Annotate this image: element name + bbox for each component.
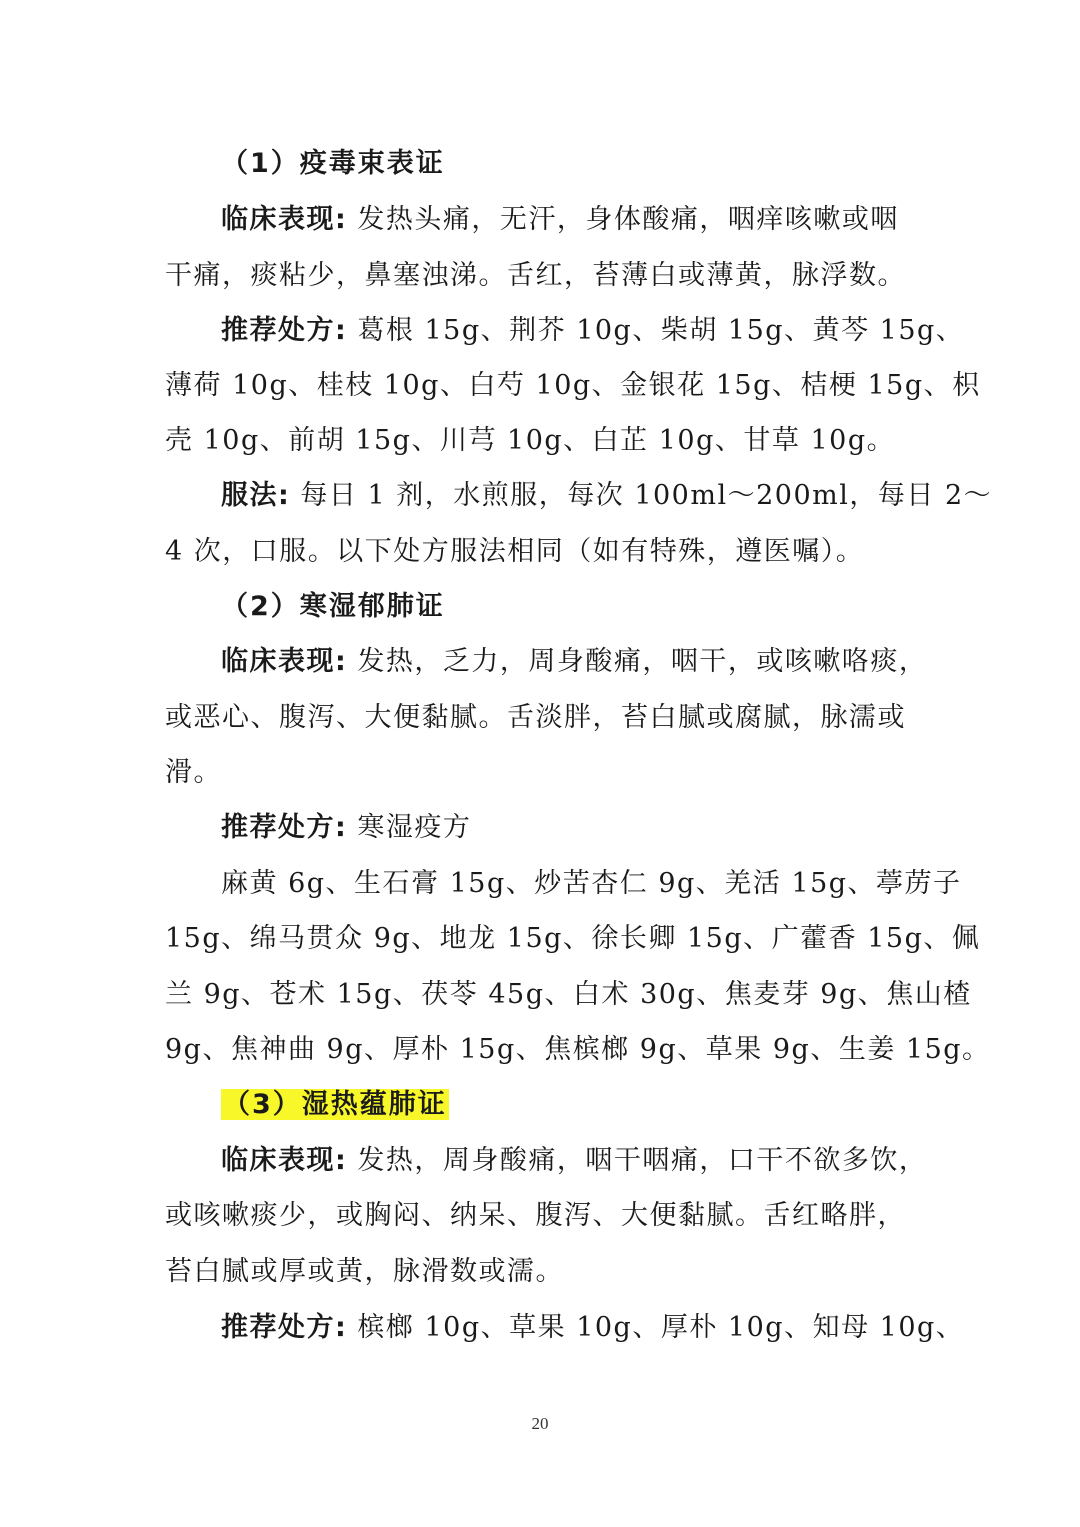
usage-paragraph-line-1: 服法: 每日 1 剂，水煎服，每次 100ml～200ml，每日 2～: [221, 476, 992, 516]
usage-label: 服法:: [221, 480, 290, 511]
prescription-label: 推荐处方:: [221, 812, 347, 843]
clinical-text: 发热头痛，无汗，身体酸痛，咽痒咳嗽或咽: [347, 204, 899, 235]
prescription-paragraph-2-line-1: 麻黄 6g、生石膏 15g、炒苦杏仁 9g、羌活 15g、葶苈子: [221, 864, 962, 904]
section-heading-3: （3）湿热蕴肺证: [221, 1085, 449, 1125]
prescription-label: 推荐处方:: [221, 315, 347, 346]
clinical-paragraph-1-line-1: 临床表现: 发热头痛，无汗，身体酸痛，咽痒咳嗽或咽: [221, 200, 899, 240]
usage-paragraph-line-2: 4 次，口服。以下处方服法相同（如有特殊，遵医嘱）。: [165, 532, 864, 572]
clinical-label: 临床表现:: [221, 646, 347, 677]
highlighted-heading: （3）湿热蕴肺证: [221, 1089, 449, 1120]
prescription-paragraph-1-line-3: 壳 10g、前胡 15g、川芎 10g、白芷 10g、甘草 10g。: [165, 421, 895, 461]
clinical-label: 临床表现:: [221, 1145, 347, 1176]
clinical-paragraph-2-line-1: 临床表现: 发热，乏力，周身酸痛，咽干，或咳嗽咯痰，: [221, 642, 927, 682]
prescription-paragraph-2-line-4: 9g、焦神曲 9g、厚朴 15g、焦槟榔 9g、草果 9g、生姜 15g。: [165, 1030, 991, 1070]
prescription-text: 槟榔 10g、草果 10g、厚朴 10g、知母 10g、: [347, 1312, 964, 1343]
clinical-paragraph-1-line-2: 干痛，痰粘少，鼻塞浊涕。舌红，苔薄白或薄黄，脉浮数。: [165, 256, 906, 296]
section-heading-1: （1）疫毒束表证: [221, 144, 445, 184]
clinical-text: 发热，周身酸痛，咽干咽痛，口干不欲多饮，: [347, 1145, 927, 1176]
section-heading-2: （2）寒湿郁肺证: [221, 587, 445, 627]
clinical-paragraph-3-line-3: 苔白腻或厚或黄，脉滑数或濡。: [165, 1252, 564, 1292]
clinical-paragraph-3-line-2: 或咳嗽痰少，或胸闷、纳呆、腹泻、大便黏腻。舌红略胖，: [165, 1196, 906, 1236]
prescription-text: 葛根 15g、荆芥 10g、柴胡 15g、黄芩 15g、: [347, 315, 964, 346]
clinical-text: 发热，乏力，周身酸痛，咽干，或咳嗽咯痰，: [347, 646, 927, 677]
clinical-paragraph-2-line-2: 或恶心、腹泻、大便黏腻。舌淡胖，苔白腻或腐腻，脉濡或: [165, 698, 906, 738]
page-number: 20: [0, 1414, 1080, 1434]
clinical-paragraph-3-line-1: 临床表现: 发热，周身酸痛，咽干咽痛，口干不欲多饮，: [221, 1141, 927, 1181]
clinical-paragraph-2-line-3: 滑。: [165, 753, 222, 793]
clinical-label: 临床表现:: [221, 204, 347, 235]
prescription-formula-name: 寒湿疫方: [347, 812, 471, 843]
prescription-paragraph-2-line-2: 15g、绵马贯众 9g、地龙 15g、徐长卿 15g、广藿香 15g、佩: [165, 919, 980, 959]
prescription-label: 推荐处方:: [221, 1312, 347, 1343]
prescription-paragraph-3-line-1: 推荐处方: 槟榔 10g、草果 10g、厚朴 10g、知母 10g、: [221, 1308, 964, 1348]
usage-text: 每日 1 剂，水煎服，每次 100ml～200ml，每日 2～: [290, 480, 992, 511]
prescription-paragraph-1-line-1: 推荐处方: 葛根 15g、荆芥 10g、柴胡 15g、黄芩 15g、: [221, 311, 964, 351]
prescription-paragraph-2-line-3: 兰 9g、苍术 15g、茯苓 45g、白术 30g、焦麦芽 9g、焦山楂: [165, 975, 972, 1015]
prescription-paragraph-2-title: 推荐处方: 寒湿疫方: [221, 808, 471, 848]
prescription-paragraph-1-line-2: 薄荷 10g、桂枝 10g、白芍 10g、金银花 15g、桔梗 15g、枳: [165, 366, 981, 406]
